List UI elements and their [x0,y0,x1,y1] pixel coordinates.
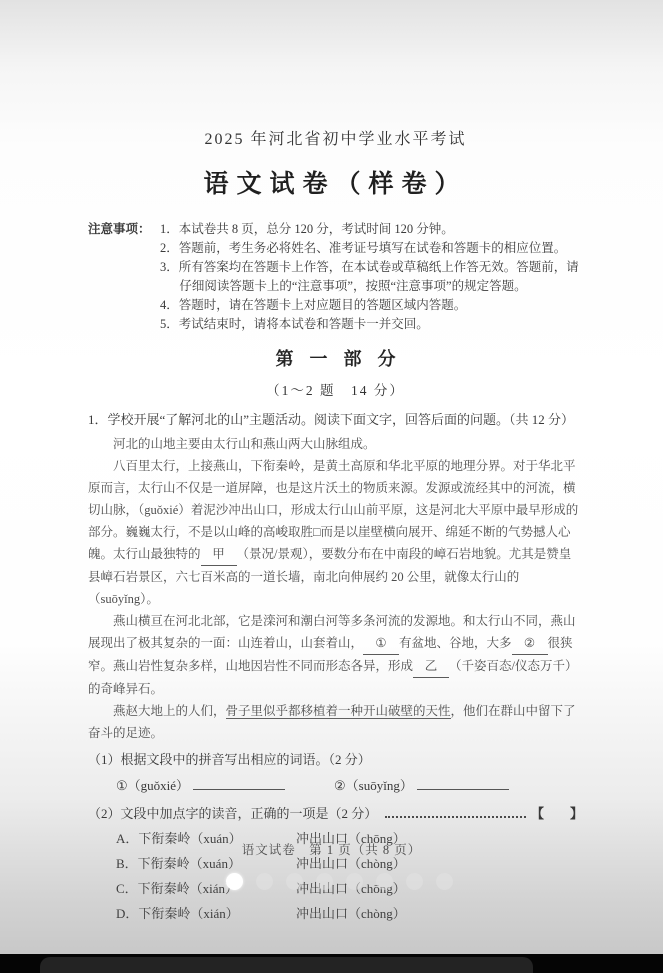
question1-stem: 1．学校开展“了解河北的山”主题活动。阅读下面文字，回答后面的问题。（共 12 … [88,411,583,430]
exam-paper: 2025 年河北省初中学业水平考试 语文试卷（样卷） 注意事项： 1．本试卷共 … [88,126,583,929]
pinyin-item-1: ①（guǒxié） [116,775,334,794]
notice-list: 1．本试卷共 8 页，总分 120 分，考试时间 120 分钟。 2．答题前，考… [160,220,583,334]
option-d-left: D．下衔秦岭（xián） [116,904,296,924]
subquestion-1-label: （1）根据文段中的拼音写出相应的词语。（2 分） [88,750,583,770]
bottom-bar-handle[interactable] [40,957,533,973]
page-dot[interactable] [316,873,333,890]
notice-item: 2．答题前，考生务必将姓名、准考证号填写在试卷和答题卡的相应位置。 [160,239,583,258]
page-dot[interactable] [286,873,303,890]
passage-paragraph: 河北的山地主要由太行山和燕山两大山脉组成。 [88,433,583,455]
page-number-footer: 语文试卷 第 1 页（共 8 页） [0,840,663,858]
passage-text: 河北的山地主要由太行山和燕山两大山脉组成。 [113,437,376,451]
dotted-leader [385,816,526,818]
option-d[interactable]: D．下衔秦岭（xián） 冲出山口（chòng） [116,904,583,924]
passage-text: 有盆地、谷地，大多 [399,636,512,650]
pagination-dots [226,873,453,890]
notice-block: 注意事项： 1．本试卷共 8 页，总分 120 分，考试时间 120 分钟。 2… [88,220,583,334]
underlined-phrase: 骨子里似乎都移植着一种开山破壁的天性 [226,704,451,719]
option-d-right: 冲出山口（chòng） [296,904,583,924]
passage-paragraph: 燕赵大地上的人们，骨子里似乎都移植着一种开山破壁的天性，他们在群山中留下了奋斗的… [88,700,583,744]
fill-blank-yi: 乙 [413,655,449,678]
answer-blank-1[interactable] [193,776,285,790]
notice-item: 1．本试卷共 8 页，总分 120 分，考试时间 120 分钟。 [160,220,583,239]
reading-passage: 河北的山地主要由太行山和燕山两大山脉组成。 八百里太行，上接燕山，下衔秦岭，是黄… [88,433,583,744]
page-dot[interactable] [256,873,273,890]
subquestion-2-label: （2）文段中加点字的读音，正确的一项是（2 分） [88,803,377,822]
pinyin-prompt: ①（guǒxié） [116,778,189,793]
section-subtitle: （1～2 题 14 分） [88,379,583,399]
pinyin-answer-row: ①（guǒxié） ②（suōyǐng） [88,775,583,794]
page-dot[interactable] [436,873,453,890]
notice-item: 3．所有答案均在答题卡上作答，在本试卷或草稿纸上作答无效。答题前，请仔细阅读答题… [160,258,583,296]
passage-paragraph: 八百里太行，上接燕山，下衔秦岭，是黄土高原和华北平原的地理分界。对于华北平原而言… [88,455,583,610]
page-dot[interactable] [346,873,363,890]
notice-item: 5．考试结束时，请将本试卷和答题卡一并交回。 [160,315,583,334]
exam-title-line2: 语文试卷（样卷） [88,164,583,200]
pinyin-item-2: ②（suōyǐng） [334,775,552,794]
exam-title-line1: 2025 年河北省初中学业水平考试 [88,126,583,149]
fill-blank-jia: 甲 [201,543,237,566]
bottom-black-bar [0,954,663,973]
notice-label: 注意事项： [88,220,160,334]
page-dot[interactable] [226,873,243,890]
fill-blank-1: ① [363,632,399,655]
passage-paragraph: 燕山横亘在河北北部，它是滦河和潮白河等多条河流的发源地。和太行山不同，燕山展现出… [88,610,583,700]
pinyin-prompt: ②（suōyǐng） [334,778,413,793]
fill-blank-2: ② [512,632,548,655]
page-dot[interactable] [376,873,393,890]
notice-item: 4．答题时，请在答题卡上对应题目的答题区域内答题。 [160,296,583,315]
section-title: 第一部分 [88,345,583,371]
passage-text: 八百里太行，上接燕山，下衔秦岭，是黄土高原和华北平原的地理分界。对于华北平原而言… [88,459,578,561]
page-dot[interactable] [406,873,423,890]
answer-bracket: 【 】 [531,803,583,822]
answer-blank-2[interactable] [417,776,509,790]
passage-text: 燕赵大地上的人们， [113,704,226,718]
subquestion-2-row: （2）文段中加点字的读音，正确的一项是（2 分） 【 】 [88,803,583,822]
